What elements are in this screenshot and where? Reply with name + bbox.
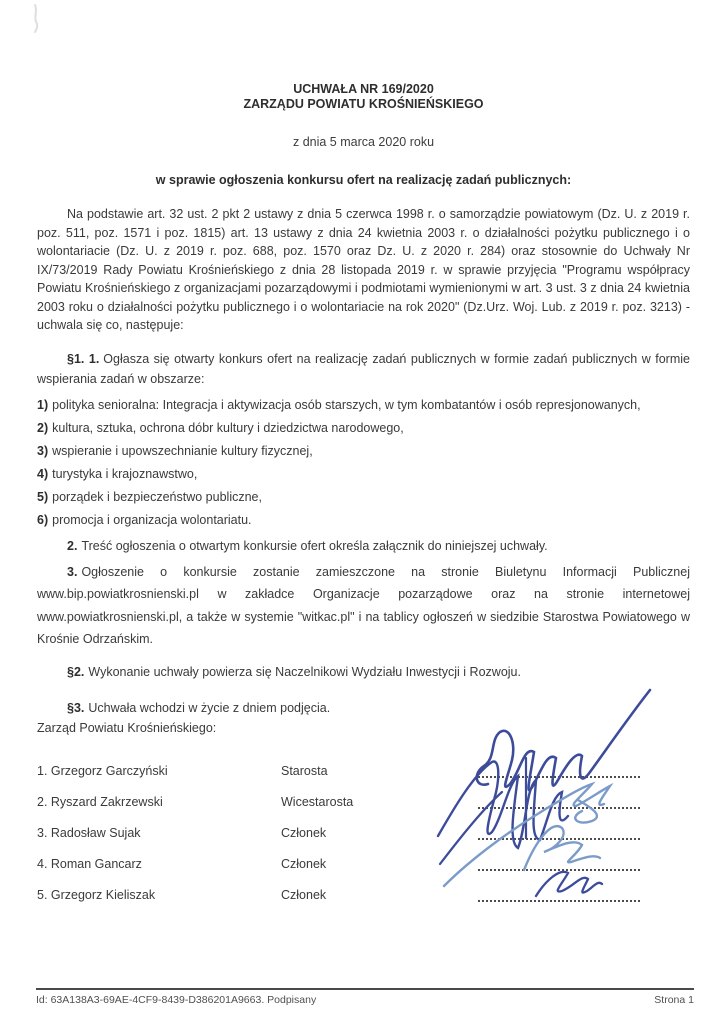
point-3-paragraph: 3.Ogłoszenie o konkursie zostanie zamies… xyxy=(37,561,690,651)
title-line1: UCHWAŁA NR 169/2020 xyxy=(37,82,690,97)
board-member-role: Starosta xyxy=(281,764,478,778)
list-item: 5)porządek i bezpieczeństwo publiczne, xyxy=(37,490,690,504)
point-2-marker: 2. xyxy=(67,539,77,553)
point-2-paragraph: 2.Treść ogłoszenia o otwartym konkursie … xyxy=(37,539,690,553)
board-signature-list: 1. Grzegorz Garczyński Starosta 2. Rysza… xyxy=(37,747,690,902)
board-row: 2. Ryszard Zakrzewski Wicestarosta xyxy=(37,778,690,809)
board-member-name: 1. Grzegorz Garczyński xyxy=(37,764,281,778)
board-member-role: Członek xyxy=(281,857,478,871)
preamble-paragraph: Na podstawie art. 32 ust. 2 pkt 2 ustawy… xyxy=(37,205,690,335)
list-item-text: polityka senioralna: Integracja i aktywi… xyxy=(52,398,640,412)
point-2-text: Treść ogłoszenia o otwartym konkursie of… xyxy=(81,539,547,553)
board-member-role: Członek xyxy=(281,826,478,840)
section-1-paragraph: §1. 1.Ogłasza się otwarty konkurs ofert … xyxy=(37,349,690,389)
section-3-marker: §3. xyxy=(67,701,84,715)
board-label: Zarząd Powiatu Krośnieńskiego: xyxy=(37,721,690,735)
section-2-marker: §2. xyxy=(67,665,84,679)
list-item-text: turystyka i krajoznawstwo, xyxy=(52,467,197,481)
list-item: 3)wspieranie i upowszechnianie kultury f… xyxy=(37,444,690,458)
list-item-marker: 4) xyxy=(37,467,48,481)
document-title: UCHWAŁA NR 169/2020 ZARZĄDU POWIATU KROŚ… xyxy=(37,82,690,112)
scan-artifact-mark xyxy=(26,2,48,34)
board-member-name: 5. Grzegorz Kieliszak xyxy=(37,888,281,902)
section-3-paragraph: §3.Uchwała wchodzi w życie z dniem podję… xyxy=(37,701,690,715)
list-item: 4)turystyka i krajoznawstwo, xyxy=(37,467,690,481)
list-item-marker: 1) xyxy=(37,398,48,412)
document-subject: w sprawie ogłoszenia konkursu ofert na r… xyxy=(37,173,690,187)
list-item: 2)kultura, sztuka, ochrona dóbr kultury … xyxy=(37,421,690,435)
title-line2: ZARZĄDU POWIATU KROŚNIEŃSKIEGO xyxy=(37,97,690,112)
document-page: UCHWAŁA NR 169/2020 ZARZĄDU POWIATU KROŚ… xyxy=(0,0,724,1024)
list-item-text: kultura, sztuka, ochrona dóbr kultury i … xyxy=(52,421,404,435)
board-row: 4. Roman Gancarz Członek xyxy=(37,840,690,871)
signature-dotted-line xyxy=(478,855,640,871)
board-member-name: 4. Roman Gancarz xyxy=(37,857,281,871)
signature-dotted-line xyxy=(478,762,640,778)
page-footer: Id: 63A138A3-69AE-4CF9-8439-D386201A9663… xyxy=(36,988,694,1006)
list-item-text: porządek i bezpieczeństwo publiczne, xyxy=(52,490,262,504)
list-item-text: promocja i organizacja wolontariatu. xyxy=(52,513,251,527)
board-member-name: 2. Ryszard Zakrzewski xyxy=(37,795,281,809)
footer-document-id: Id: 63A138A3-69AE-4CF9-8439-D386201A9663… xyxy=(36,994,316,1006)
section-3-text: Uchwała wchodzi w życie z dniem podjęcia… xyxy=(88,701,330,715)
signature-dotted-line xyxy=(478,793,640,809)
board-row: 3. Radosław Sujak Członek xyxy=(37,809,690,840)
point-3-marker: 3. xyxy=(67,565,77,579)
signature-dotted-line xyxy=(478,824,640,840)
point-3-text: Ogłoszenie o konkursie zostanie zamieszc… xyxy=(37,565,690,647)
board-member-role: Wicestarosta xyxy=(281,795,478,809)
list-item-text: wspieranie i upowszechnianie kultury fiz… xyxy=(52,444,313,458)
footer-page-number: Strona 1 xyxy=(654,994,694,1006)
list-item-marker: 5) xyxy=(37,490,48,504)
board-member-role: Członek xyxy=(281,888,478,902)
list-item-marker: 3) xyxy=(37,444,48,458)
board-row: 5. Grzegorz Kieliszak Członek xyxy=(37,871,690,902)
section-2-paragraph: §2.Wykonanie uchwały powierza się Naczel… xyxy=(37,665,690,679)
section-1-marker: §1. 1. xyxy=(67,352,99,366)
list-item: 6)promocja i organizacja wolontariatu. xyxy=(37,513,690,527)
section-1-text: Ogłasza się otwarty konkurs ofert na rea… xyxy=(37,352,690,386)
list-item: 1)polityka senioralna: Integracja i akty… xyxy=(37,398,690,412)
list-item-marker: 2) xyxy=(37,421,48,435)
board-row: 1. Grzegorz Garczyński Starosta xyxy=(37,747,690,778)
list-item-marker: 6) xyxy=(37,513,48,527)
board-member-name: 3. Radosław Sujak xyxy=(37,826,281,840)
document-date: z dnia 5 marca 2020 roku xyxy=(37,135,690,149)
signature-dotted-line xyxy=(478,886,640,902)
section-2-text: Wykonanie uchwały powierza się Naczelnik… xyxy=(88,665,521,679)
